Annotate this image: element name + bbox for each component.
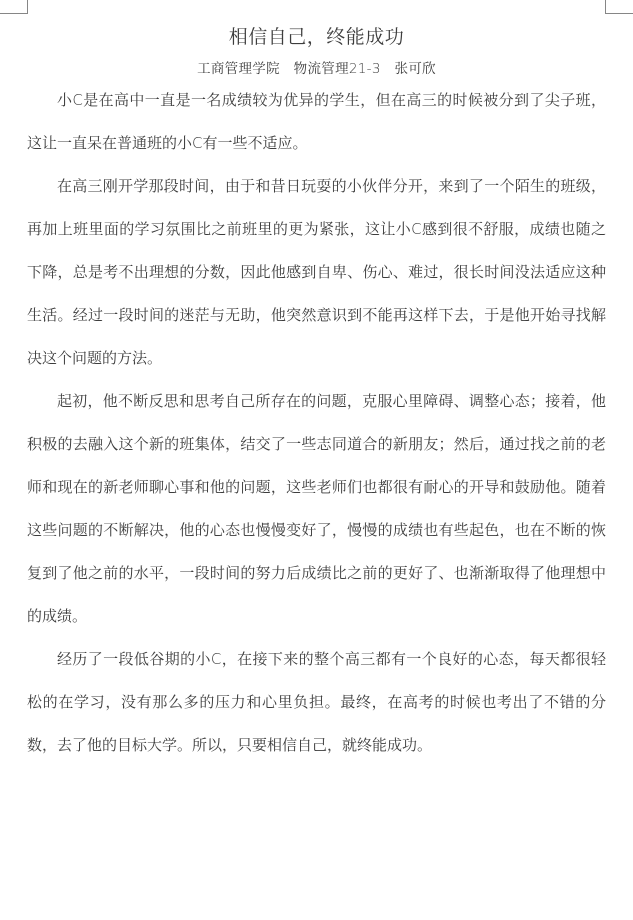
essay-paragraph-3: 起初，他不断反思和思考自己所存在的问题，克服心里障碍、调整心态；接着，他积极的去… (27, 380, 606, 638)
essay-body: 小C是在高中一直是一名成绩较为优异的学生，但在高三的时候被分到了尖子班，这让一直… (27, 79, 606, 767)
document-page: 相信自己，终能成功 工商管理学院 物流管理21-3 张可欣 小C是在高中一直是一… (0, 0, 633, 920)
essay-paragraph-2: 在高三刚开学那段时间，由于和昔日玩耍的小伙伴分开，来到了一个陌生的班级，再加上班… (27, 165, 606, 380)
essay-title: 相信自己，终能成功 (27, 25, 606, 49)
essay-byline: 工商管理学院 物流管理21-3 张可欣 (27, 59, 606, 79)
margin-crop-mark-top-left (0, 0, 28, 14)
essay-paragraph-4: 经历了一段低谷期的小C，在接下来的整个高三都有一个良好的心态，每天都很轻松的在学… (27, 638, 606, 767)
essay-paragraph-1: 小C是在高中一直是一名成绩较为优异的学生，但在高三的时候被分到了尖子班，这让一直… (27, 79, 606, 165)
margin-crop-mark-top-right (605, 0, 633, 14)
